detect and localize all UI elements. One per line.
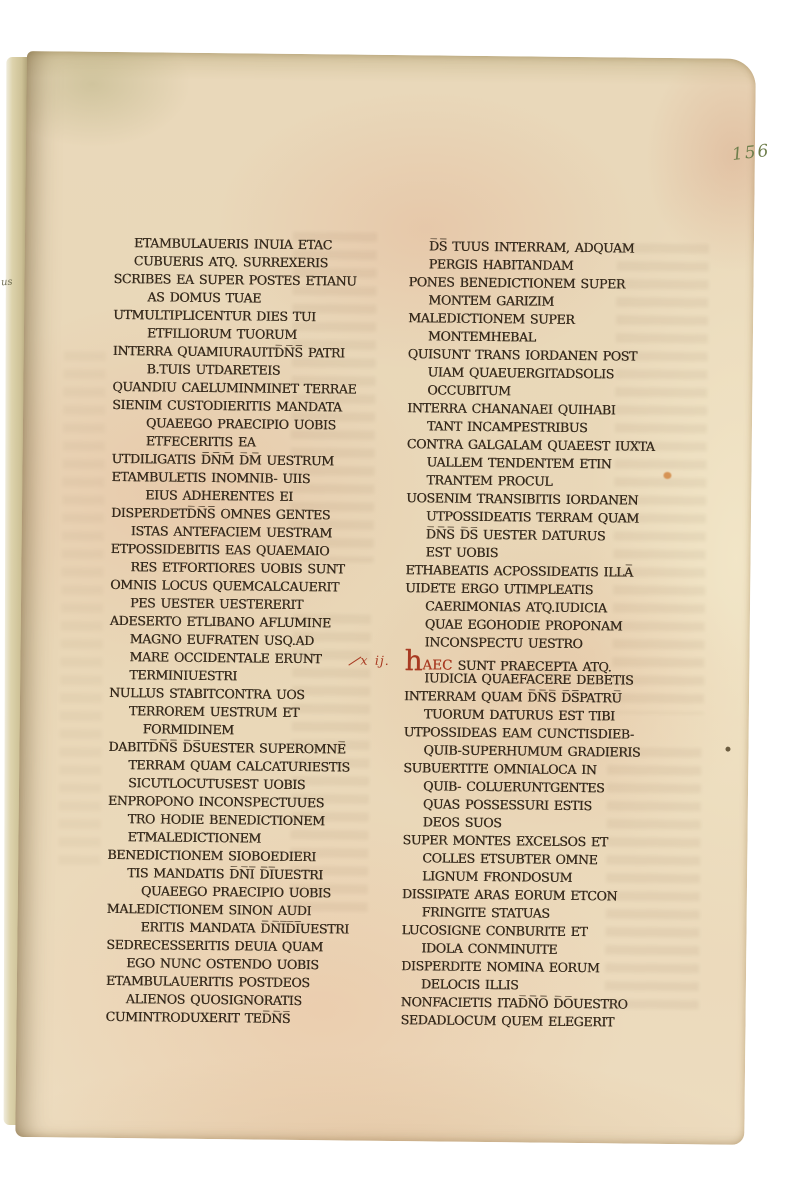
manuscript-photo: { "document": { "folio_number": "156", "… xyxy=(0,0,800,1177)
text-column-right: D̅S̅ TUUS INTERRAM, ADQUAMPERGIS HABITAN… xyxy=(400,237,719,1032)
parchment-page: 156 ETAMBULAUERIS INUIA ETACCUBUERIS ATQ… xyxy=(15,51,756,1145)
showthrough-text xyxy=(58,351,106,871)
chapter-number-rubric: x ij. xyxy=(360,652,390,670)
manuscript-line: CUMINTRODUXERIT TED̅N̅S̅ xyxy=(105,1008,415,1029)
rubric-initial-letter: h xyxy=(404,644,422,677)
manuscript-line: x ij.hAEC SUNT PRAECEPTA ATQ. xyxy=(404,651,714,672)
manuscript-line: SEDADLOCUM QUEM ELEGERIT xyxy=(400,1011,710,1032)
rubric-word: AEC xyxy=(422,657,452,673)
folio-number: 156 xyxy=(731,141,771,165)
text-column-left: ETAMBULAUERIS INUIA ETACCUBUERIS ATQ. SU… xyxy=(105,234,424,1029)
parchment-speck xyxy=(725,747,730,752)
edge-text-fragment: us xyxy=(1,277,13,289)
